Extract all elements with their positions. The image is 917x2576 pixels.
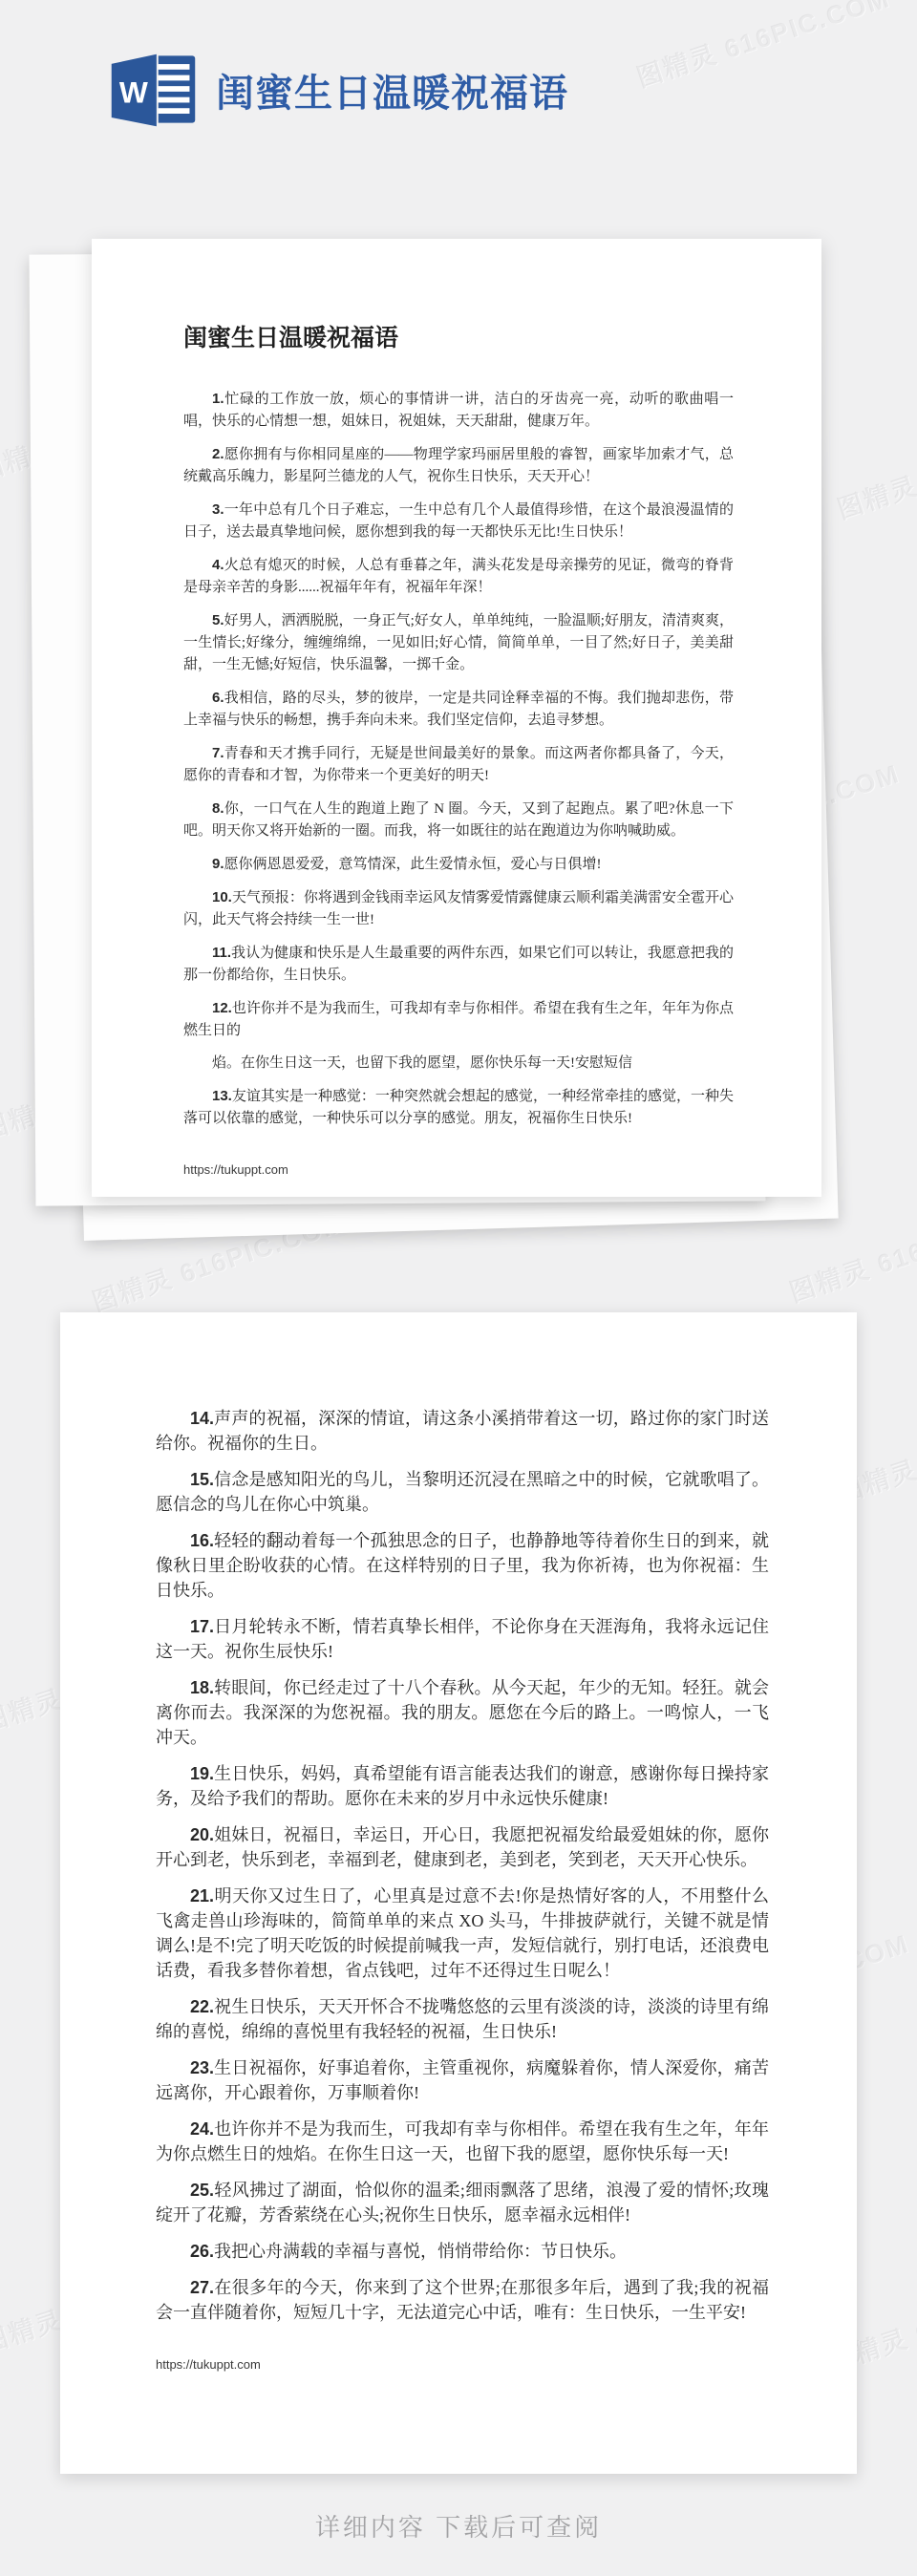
paragraph: 19.生日快乐，妈妈，真希望能有语言能表达我们的谢意，感谢你每日操持家务，及给予… bbox=[156, 1761, 769, 1811]
paragraph: 4.火总有熄灭的时候，人总有垂暮之年，满头花发是母亲操劳的见证，微弯的脊背是母亲… bbox=[183, 554, 734, 599]
word-document-icon: W bbox=[105, 50, 201, 130]
paragraph: 8.你，一口气在人生的跑道上跑了 N 圈。今天，又到了起跑点。累了吧?休息一下吧… bbox=[183, 798, 734, 842]
paragraph: 21.明天你又过生日了，心里真是过意不去!你是热情好客的人，不用整什么飞禽走兽山… bbox=[156, 1884, 769, 1983]
paragraph: 23.生日祝福你，好事追着你，主管重视你，病魔躲着你，情人深爱你，痛苦远离你，开… bbox=[156, 2055, 769, 2105]
paragraph: 5.好男人，洒洒脱脱，一身正气;好女人，单单纯纯，一脸温顺;好朋友，清清爽爽，一… bbox=[183, 609, 734, 676]
svg-text:W: W bbox=[119, 75, 148, 109]
document-preview-page-1[interactable]: 闺蜜生日温暖祝福语 1.忙碌的工作放一放，烦心的事情讲一讲，洁白的牙齿亮一亮，动… bbox=[92, 239, 821, 1197]
paragraph: 13.友谊其实是一种感觉：一种突然就会想起的感觉，一种经常牵挂的感觉，一种失落可… bbox=[183, 1085, 734, 1130]
paragraph: 7.青春和天才携手同行，无疑是世间最美好的景象。而这两者你都具备了，今天，愿你的… bbox=[183, 742, 734, 787]
sheet-page-1: 闺蜜生日温暖祝福语 1.忙碌的工作放一放，烦心的事情讲一讲，洁白的牙齿亮一亮，动… bbox=[92, 239, 821, 1197]
watermark-text: 图精灵 616PIC.COM bbox=[832, 409, 917, 526]
source-url[interactable]: https://tukuppt.com bbox=[183, 1162, 734, 1177]
document-preview-page-2[interactable]: 14.声声的祝福，深深的情谊，请这条小溪捎带着这一切，路过你的家门时送给你。祝福… bbox=[60, 1312, 857, 2474]
page1-paragraphs: 1.忙碌的工作放一放，烦心的事情讲一讲，洁白的牙齿亮一亮，动听的歌曲唱一唱，快乐… bbox=[183, 388, 734, 1130]
doc-header: W 闺蜜生日温暖祝福语 bbox=[105, 50, 568, 130]
paragraph: 24.也许你并不是为我而生，可我却有幸与你相伴。希望在我有生之年，年年为你点燃生… bbox=[156, 2117, 769, 2166]
paragraph: 焰。在你生日这一天，也留下我的愿望，愿你快乐每一天!安慰短信 bbox=[183, 1053, 734, 1075]
watermark-text: 图精灵 616PIC.COM bbox=[631, 0, 895, 95]
paragraph: 3.一年中总有几个日子难忘，一生中总有几个人最值得珍惜，在这个最浪漫温情的日子，… bbox=[183, 499, 734, 543]
source-url[interactable]: https://tukuppt.com bbox=[156, 2357, 769, 2372]
document-title: 闺蜜生日温暖祝福语 bbox=[183, 319, 734, 353]
paragraph: 15.信念是感知阳光的鸟儿，当黎明还沉浸在黑暗之中的时候，它就歌唱了。愿信念的鸟… bbox=[156, 1467, 769, 1517]
paragraph: 1.忙碌的工作放一放，烦心的事情讲一讲，洁白的牙齿亮一亮，动听的歌曲唱一唱，快乐… bbox=[183, 388, 734, 433]
paragraph: 9.愿你俩恩恩爱爱，意笃情深，此生爱情永恒，爱心与日俱增! bbox=[183, 853, 734, 876]
notice-text: 详细内容 下载后可查阅 bbox=[315, 2513, 602, 2542]
page2-paragraphs: 14.声声的祝福，深深的情谊，请这条小溪捎带着这一切，路过你的家门时送给你。祝福… bbox=[156, 1406, 769, 2325]
paragraph: 6.我相信，路的尽头，梦的彼岸，一定是共同诠释幸福的不悔。我们抛却悲伤，带上幸福… bbox=[183, 687, 734, 732]
paragraph: 20.姐妹日，祝福日，幸运日，开心日，我愿把祝福发给最爱姐妹的你，愿你开心到老，… bbox=[156, 1822, 769, 1872]
paragraph: 10.天气预报：你将遇到金钱雨幸运风友情雾爱情露健康云顺利霜美满雷安全雹开心闪，… bbox=[183, 886, 734, 931]
page: 图精灵 616PIC.COM 图精灵 616PIC.COM 图精灵 616PIC… bbox=[0, 0, 917, 2576]
paragraph: 25.轻风拂过了湖面，恰似你的温柔;细雨飘落了思绪，浪漫了爱的情怀;玫瑰绽开了花… bbox=[156, 2178, 769, 2227]
bottom-notice: 详细内容 下载后可查阅 bbox=[0, 2508, 917, 2544]
paragraph: 12.也许你并不是为我而生，可我却有幸与你相伴。希望在我有生之年，年年为你点燃生… bbox=[183, 997, 734, 1042]
paragraph: 26.我把心舟满载的幸福与喜悦，悄悄带给你：节日快乐。 bbox=[156, 2239, 769, 2264]
paragraph: 27.在很多年的今天，你来到了这个世界;在那很多年后，遇到了我;我的祝福会一直伴… bbox=[156, 2275, 769, 2325]
paragraph: 18.转眼间，你已经走过了十八个春秋。从今天起，年少的无知。轻狂。就会离你而去。… bbox=[156, 1675, 769, 1750]
page-title: 闺蜜生日温暖祝福语 bbox=[216, 63, 568, 117]
paragraph: 11.我认为健康和快乐是人生最重要的两件东西，如果它们可以转让，我愿意把我的那一… bbox=[183, 942, 734, 987]
paragraph: 2.愿你拥有与你相同星座的——物理学家玛丽居里般的睿智，画家毕加索才气，总统戴高… bbox=[183, 443, 734, 488]
paragraph: 22.祝生日快乐，天天开怀合不拢嘴悠悠的云里有淡淡的诗，淡淡的诗里有绵绵的喜悦，… bbox=[156, 1994, 769, 2044]
paragraph: 14.声声的祝福，深深的情谊，请这条小溪捎带着这一切，路过你的家门时送给你。祝福… bbox=[156, 1406, 769, 1456]
paragraph: 17.日月轮转永不断，情若真挚长相伴，不论你身在天涯海角，我将永远记住这一天。祝… bbox=[156, 1614, 769, 1664]
paragraph: 16.轻轻的翻动着每一个孤独思念的日子，也静静地等待着你生日的到来，就像秋日里企… bbox=[156, 1528, 769, 1603]
